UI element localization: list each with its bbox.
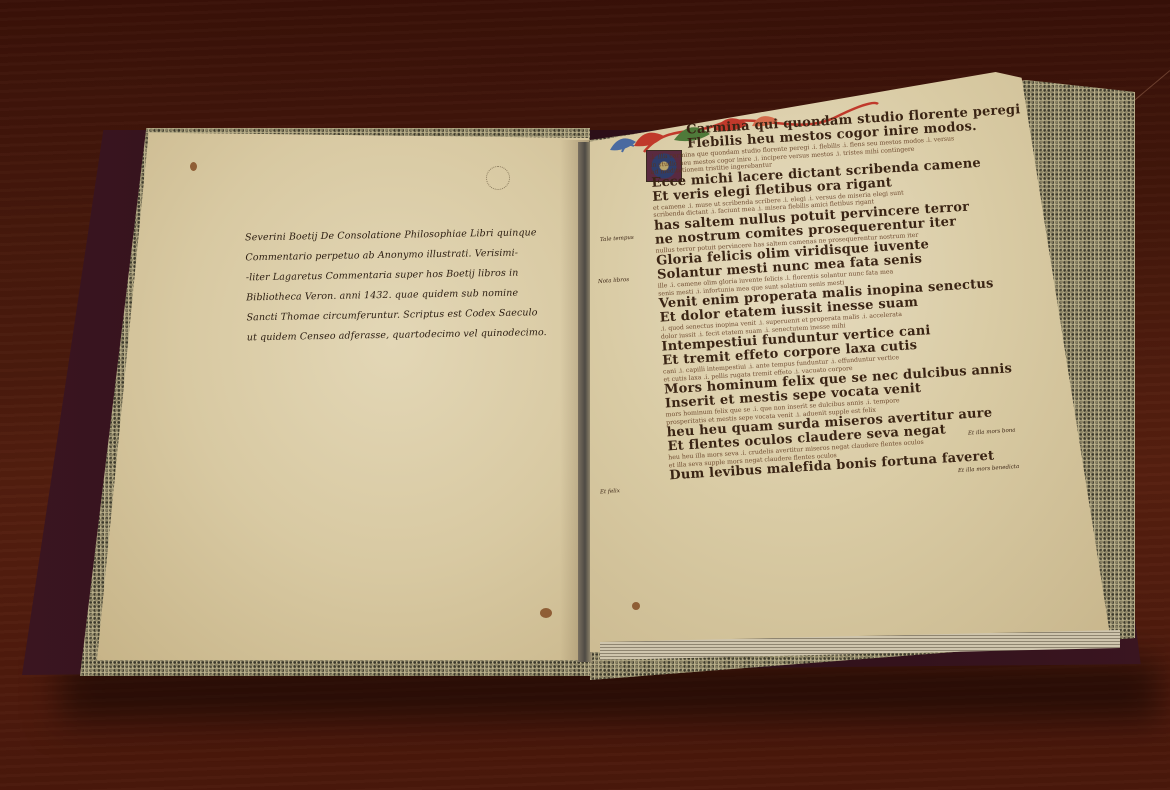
handwritten-note: Severini Boetij De Consolatione Philosop… [245, 224, 517, 349]
stain [540, 608, 552, 618]
left-page [97, 130, 589, 660]
stain [190, 162, 197, 171]
library-stamp [486, 166, 510, 190]
manuscript-text: Carmina qui quondam studio florente pere… [648, 107, 979, 483]
stain [632, 602, 640, 610]
book-gutter [578, 142, 592, 662]
